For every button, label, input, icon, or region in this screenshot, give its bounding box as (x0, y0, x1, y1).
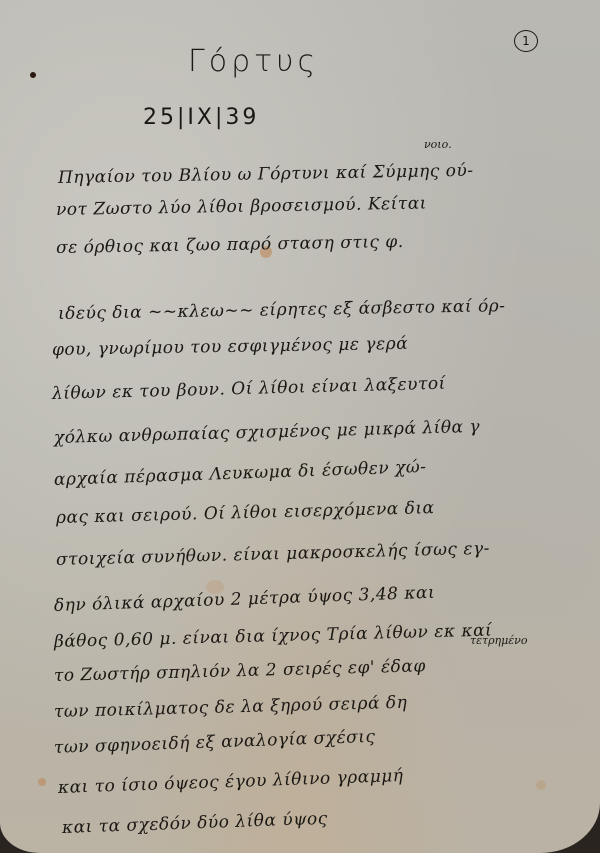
text-line: το Ζωστήρ σπηλιόν λα 2 σειρές εφ' έδαφ (54, 656, 426, 686)
text-line: λίθων εκ του βουν. Οί λίθοι είναι λαξευτ… (52, 374, 446, 404)
text-line: φου, γνωρίμου του εσφιγμένος με γερά (52, 334, 408, 360)
page-title: Γόρτυς (188, 44, 319, 79)
text-line: βάθος 0,60 μ. είναι δια ίχνος Τρία λίθων… (54, 621, 493, 652)
text-line: και τα σχεδόν δύο λίθα ύψος (62, 809, 328, 838)
stain-spot (536, 780, 546, 790)
text-line: των ποικίλματος δε λα ξηρού σειρά δη (54, 693, 408, 722)
text-line: σε όρθιος και ζωο παρό σταση στις φ. (56, 232, 404, 258)
text-line: και το ίσιο όψεος έγου λίθινο γραμμή (58, 766, 404, 798)
stain-spot (38, 778, 46, 786)
text-line: αρχαία πέρασμα Λευκωμα δι έσωθεν χώ- (54, 457, 427, 490)
text-line: στοιχεία συνήθων. είναι μακροσκελής ίσως… (56, 539, 490, 570)
text-line: δην όλικά αρχαίου 2 μέτρα ύψος 3,48 και (54, 583, 436, 616)
page-number: 1 (514, 30, 538, 52)
ink-spot (30, 72, 36, 78)
text-line: νοτ Ζωστο λύο λίθοι βροσεισμού. Κείται (56, 194, 427, 220)
text-line: ιδεύς δια ~~κλεω~~ είρητες εξ άσβεστο κα… (58, 296, 506, 324)
text-line: χόλκω ανθρωπαίας σχισμένος με μικρά λίθα… (54, 417, 481, 448)
insertion-note: νοιο. (424, 138, 452, 151)
text-line: ρας και σειρού. Οί λίθοι εισερχόμενα δια (56, 498, 435, 528)
manuscript-page: 1 Γόρτυς 25|IX|39 νοιο. τετρημένο Πηγαίο… (0, 0, 600, 853)
text-line: Πηγαίον του Βλίου ω Γόρτυνι καί Σύμμης ο… (58, 161, 474, 188)
date: 25|IX|39 (143, 105, 259, 130)
text-line: των σφηνοειδή εξ αναλογία σχέσις (54, 727, 376, 758)
